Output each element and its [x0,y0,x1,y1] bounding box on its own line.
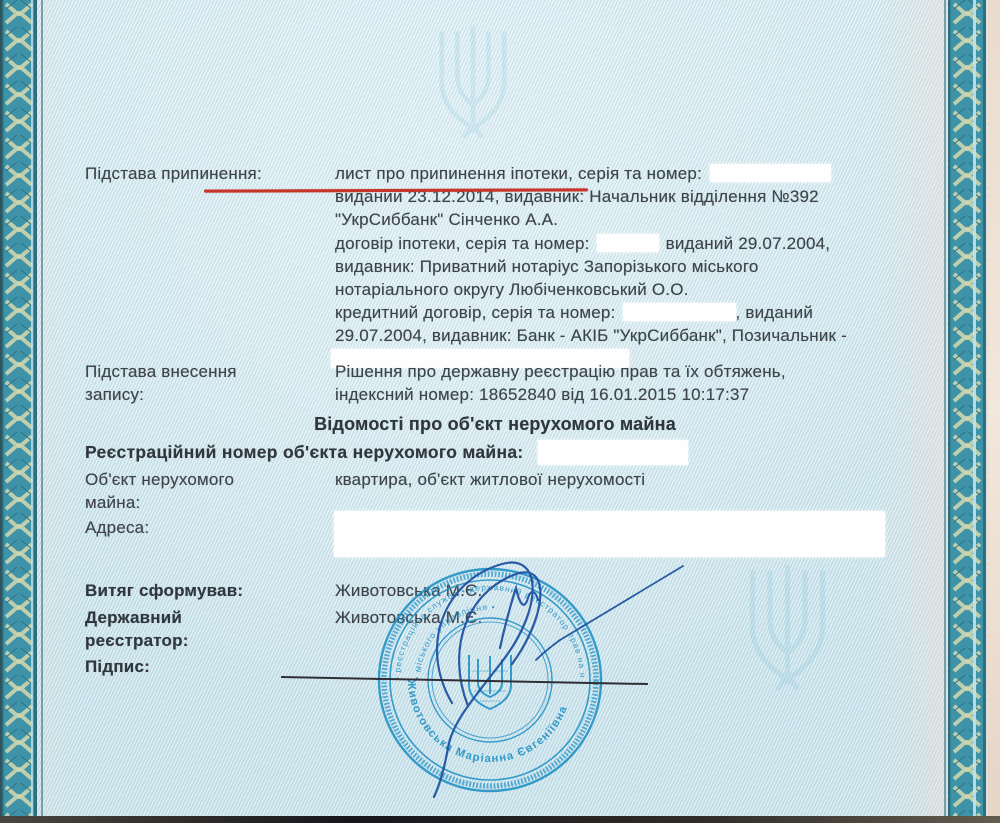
termination-line-1: лист про припинення іпотеки, серія та но… [335,162,920,185]
termination-basis-value: лист про припинення іпотеки, серія та но… [335,162,920,371]
redaction-box [597,234,659,252]
photo-bottom-edge [0,816,1000,823]
redaction-box [538,440,688,465]
property-object-label: Об'єкт нерухомого майна: [85,468,234,514]
record-basis-value: Рішення про державну реєстрацію прав та … [335,360,920,406]
redaction-box [623,303,736,321]
termination-line-3: "УкрСиббанк" Сінченко А.А. [335,208,920,231]
document-photo: Підстава припинення: лист про припинення… [0,0,1000,823]
right-border-rule [944,0,946,823]
extract-formed-by-label: Витяг сформував: [85,579,243,602]
left-border-rule [41,0,43,823]
stamp-trident-icon [469,655,511,709]
termination-basis-label: Підстава припинення: [85,162,262,185]
redaction-box [710,164,831,182]
property-object-value: квартира, об'єкт житлової нерухомості [335,468,920,491]
address-label: Адреса: [85,516,149,539]
right-guilloche-border [948,0,986,823]
termination-line-4: договір іпотеки, серія та номер:виданий … [335,232,920,255]
registration-number-row: Реєстраційний номер об'єкта нерухомого м… [85,440,688,465]
state-registrar-label: Державний реєстратор: [85,606,189,652]
redaction-box-address [334,511,885,557]
record-basis-label: Підстава внесення запису: [85,360,237,406]
termination-line-6: нотаріального округу Любіченковський О.О… [335,278,920,301]
trident-watermark-icon [418,22,528,147]
termination-line-8: 29.07.2004, видавник: Банк - АКІБ "УкрСи… [335,324,920,347]
registration-number-label: Реєстраційний номер об'єкта нерухомого м… [85,441,524,464]
signature-label: Підпис: [85,655,150,678]
left-guilloche-border [1,0,37,823]
section-title: Відомості про об'єкт нерухомого майна [85,413,905,436]
termination-line-7: кредитний договір, серія та номер:, вида… [335,301,920,324]
photo-right-edge [988,0,1000,823]
termination-line-5: видавник: Приватний нотаріус Запорізьког… [335,255,920,278]
photo-left-edge [0,0,2,823]
